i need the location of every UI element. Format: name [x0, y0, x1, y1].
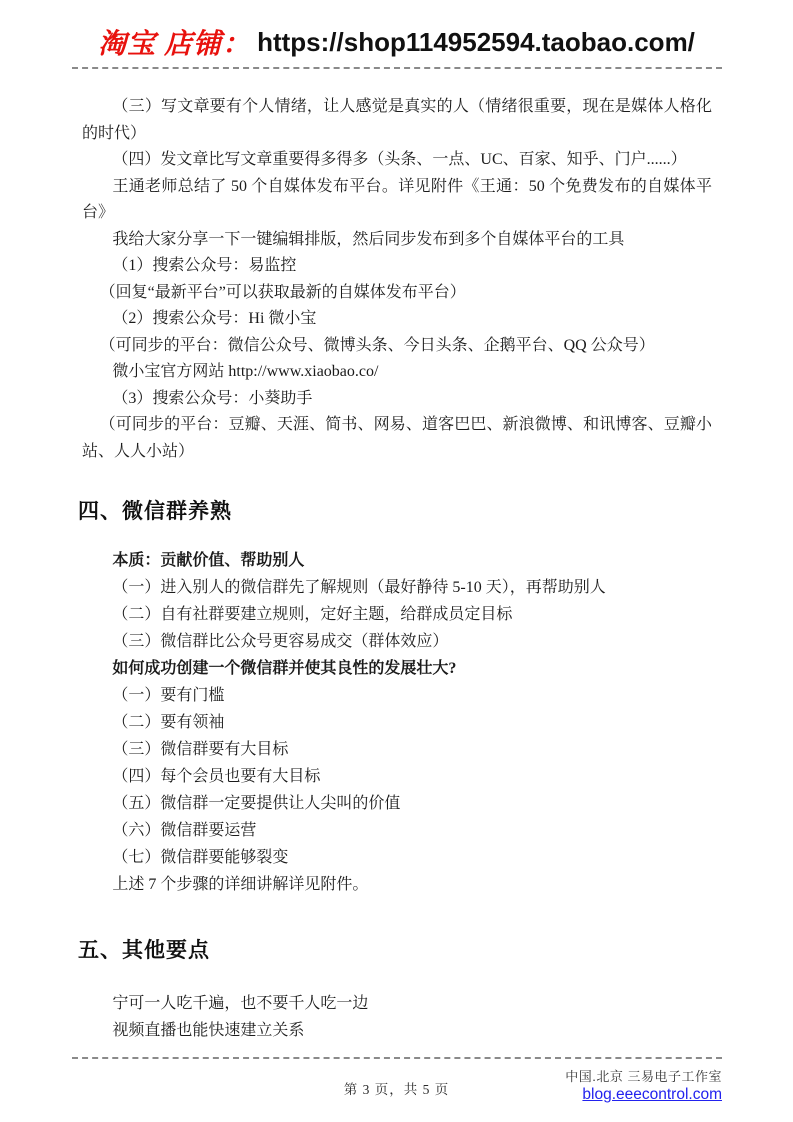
list-item: 本质：贡献价值、帮助别人 [82, 547, 712, 574]
paragraph: 王通老师总结了 50 个自媒体发布平台。详见附件《王通：50 个免费发布的自媒体… [82, 174, 712, 227]
list-item: （三）微信群比公众号更容易成交（群体效应） [82, 628, 712, 655]
list-item: （三）微信群要有大目标 [82, 736, 712, 763]
section-wechat-groups: 本质：贡献价值、帮助别人 （一）进入别人的微信群先了解规则（最好静待 5-10 … [82, 547, 712, 898]
blog-link[interactable]: blog.eeecontrol.com [582, 1086, 722, 1104]
list-item: （五）微信群一定要提供让人尖叫的价值 [82, 790, 712, 817]
taobao-shop-label: 淘宝 店铺： [98, 29, 251, 60]
paragraph: （3）搜索公众号：小葵助手 [82, 386, 712, 413]
paragraph: （可同步的平台：微信公众号、微博头条、今日头条、企鹅平台、QQ 公众号） [82, 333, 712, 360]
list-item: （四）每个会员也要有大目标 [82, 763, 712, 790]
paragraph: 微小宝官方网站 http://www.xiaobao.co/ [82, 359, 712, 386]
footer-credits: 中国.北京 三易电子工作室 blog.eeecontrol.com [565, 1066, 722, 1104]
list-item: 如何成功创建一个微信群并使其良性的发展壮大? [82, 655, 712, 682]
list-item: 上述 7 个步骤的详细讲解详见附件。 [82, 871, 712, 898]
list-item: （一）要有门槛 [82, 682, 712, 709]
list-item: （一）进入别人的微信群先了解规则（最好静待 5-10 天），再帮助别人 [82, 574, 712, 601]
list-item: （二）要有领袖 [82, 709, 712, 736]
paragraph: （三）写文章要有个人情绪，让人感觉是真实的人（情绪很重要，现在是媒体人格化的时代… [82, 94, 712, 147]
document-page: 淘宝 店铺：https://shop114952594.taobao.com/ … [0, 0, 793, 1122]
document-body: （三）写文章要有个人情绪，让人感觉是真实的人（情绪很重要，现在是媒体人格化的时代… [82, 94, 712, 1044]
taobao-shop-url: https://shop114952594.taobao.com/ [257, 27, 695, 57]
section-heading-wechat-groups: 四、微信群养熟 [78, 495, 712, 525]
paragraph: 我给大家分享一下一键编辑排版，然后同步发布到多个自媒体平台的工具 [82, 227, 712, 254]
studio-name: 中国.北京 三易电子工作室 [565, 1066, 722, 1085]
paragraph: （回复“最新平台”可以获取最新的自媒体发布平台） [82, 280, 712, 307]
list-item: （七）微信群要能够裂变 [82, 844, 712, 871]
page-header: 淘宝 店铺：https://shop114952594.taobao.com/ [0, 22, 793, 62]
list-item: （二）自有社群要建立规则，定好主题，给群成员定目标 [82, 601, 712, 628]
header-divider [72, 67, 722, 69]
paragraph: （2）搜索公众号：Hi 微小宝 [82, 306, 712, 333]
footer-divider [72, 1057, 722, 1059]
list-item: 视频直播也能快速建立关系 [82, 1017, 712, 1044]
paragraph: （四）发文章比写文章重要得多得多（头条、一点、UC、百家、知乎、门户......… [82, 147, 712, 174]
section-heading-other-points: 五、其他要点 [78, 934, 712, 964]
paragraph: （可同步的平台：豆瓣、天涯、简书、网易、道客巴巴、新浪微博、和讯博客、豆瓣小站、… [82, 412, 712, 465]
list-item: （六）微信群要运营 [82, 817, 712, 844]
section-other-points: 宁可一人吃千遍，也不要千人吃一边 视频直播也能快速建立关系 [82, 990, 712, 1044]
list-item: 宁可一人吃千遍，也不要千人吃一边 [82, 990, 712, 1017]
paragraph: （1）搜索公众号：易监控 [82, 253, 712, 280]
